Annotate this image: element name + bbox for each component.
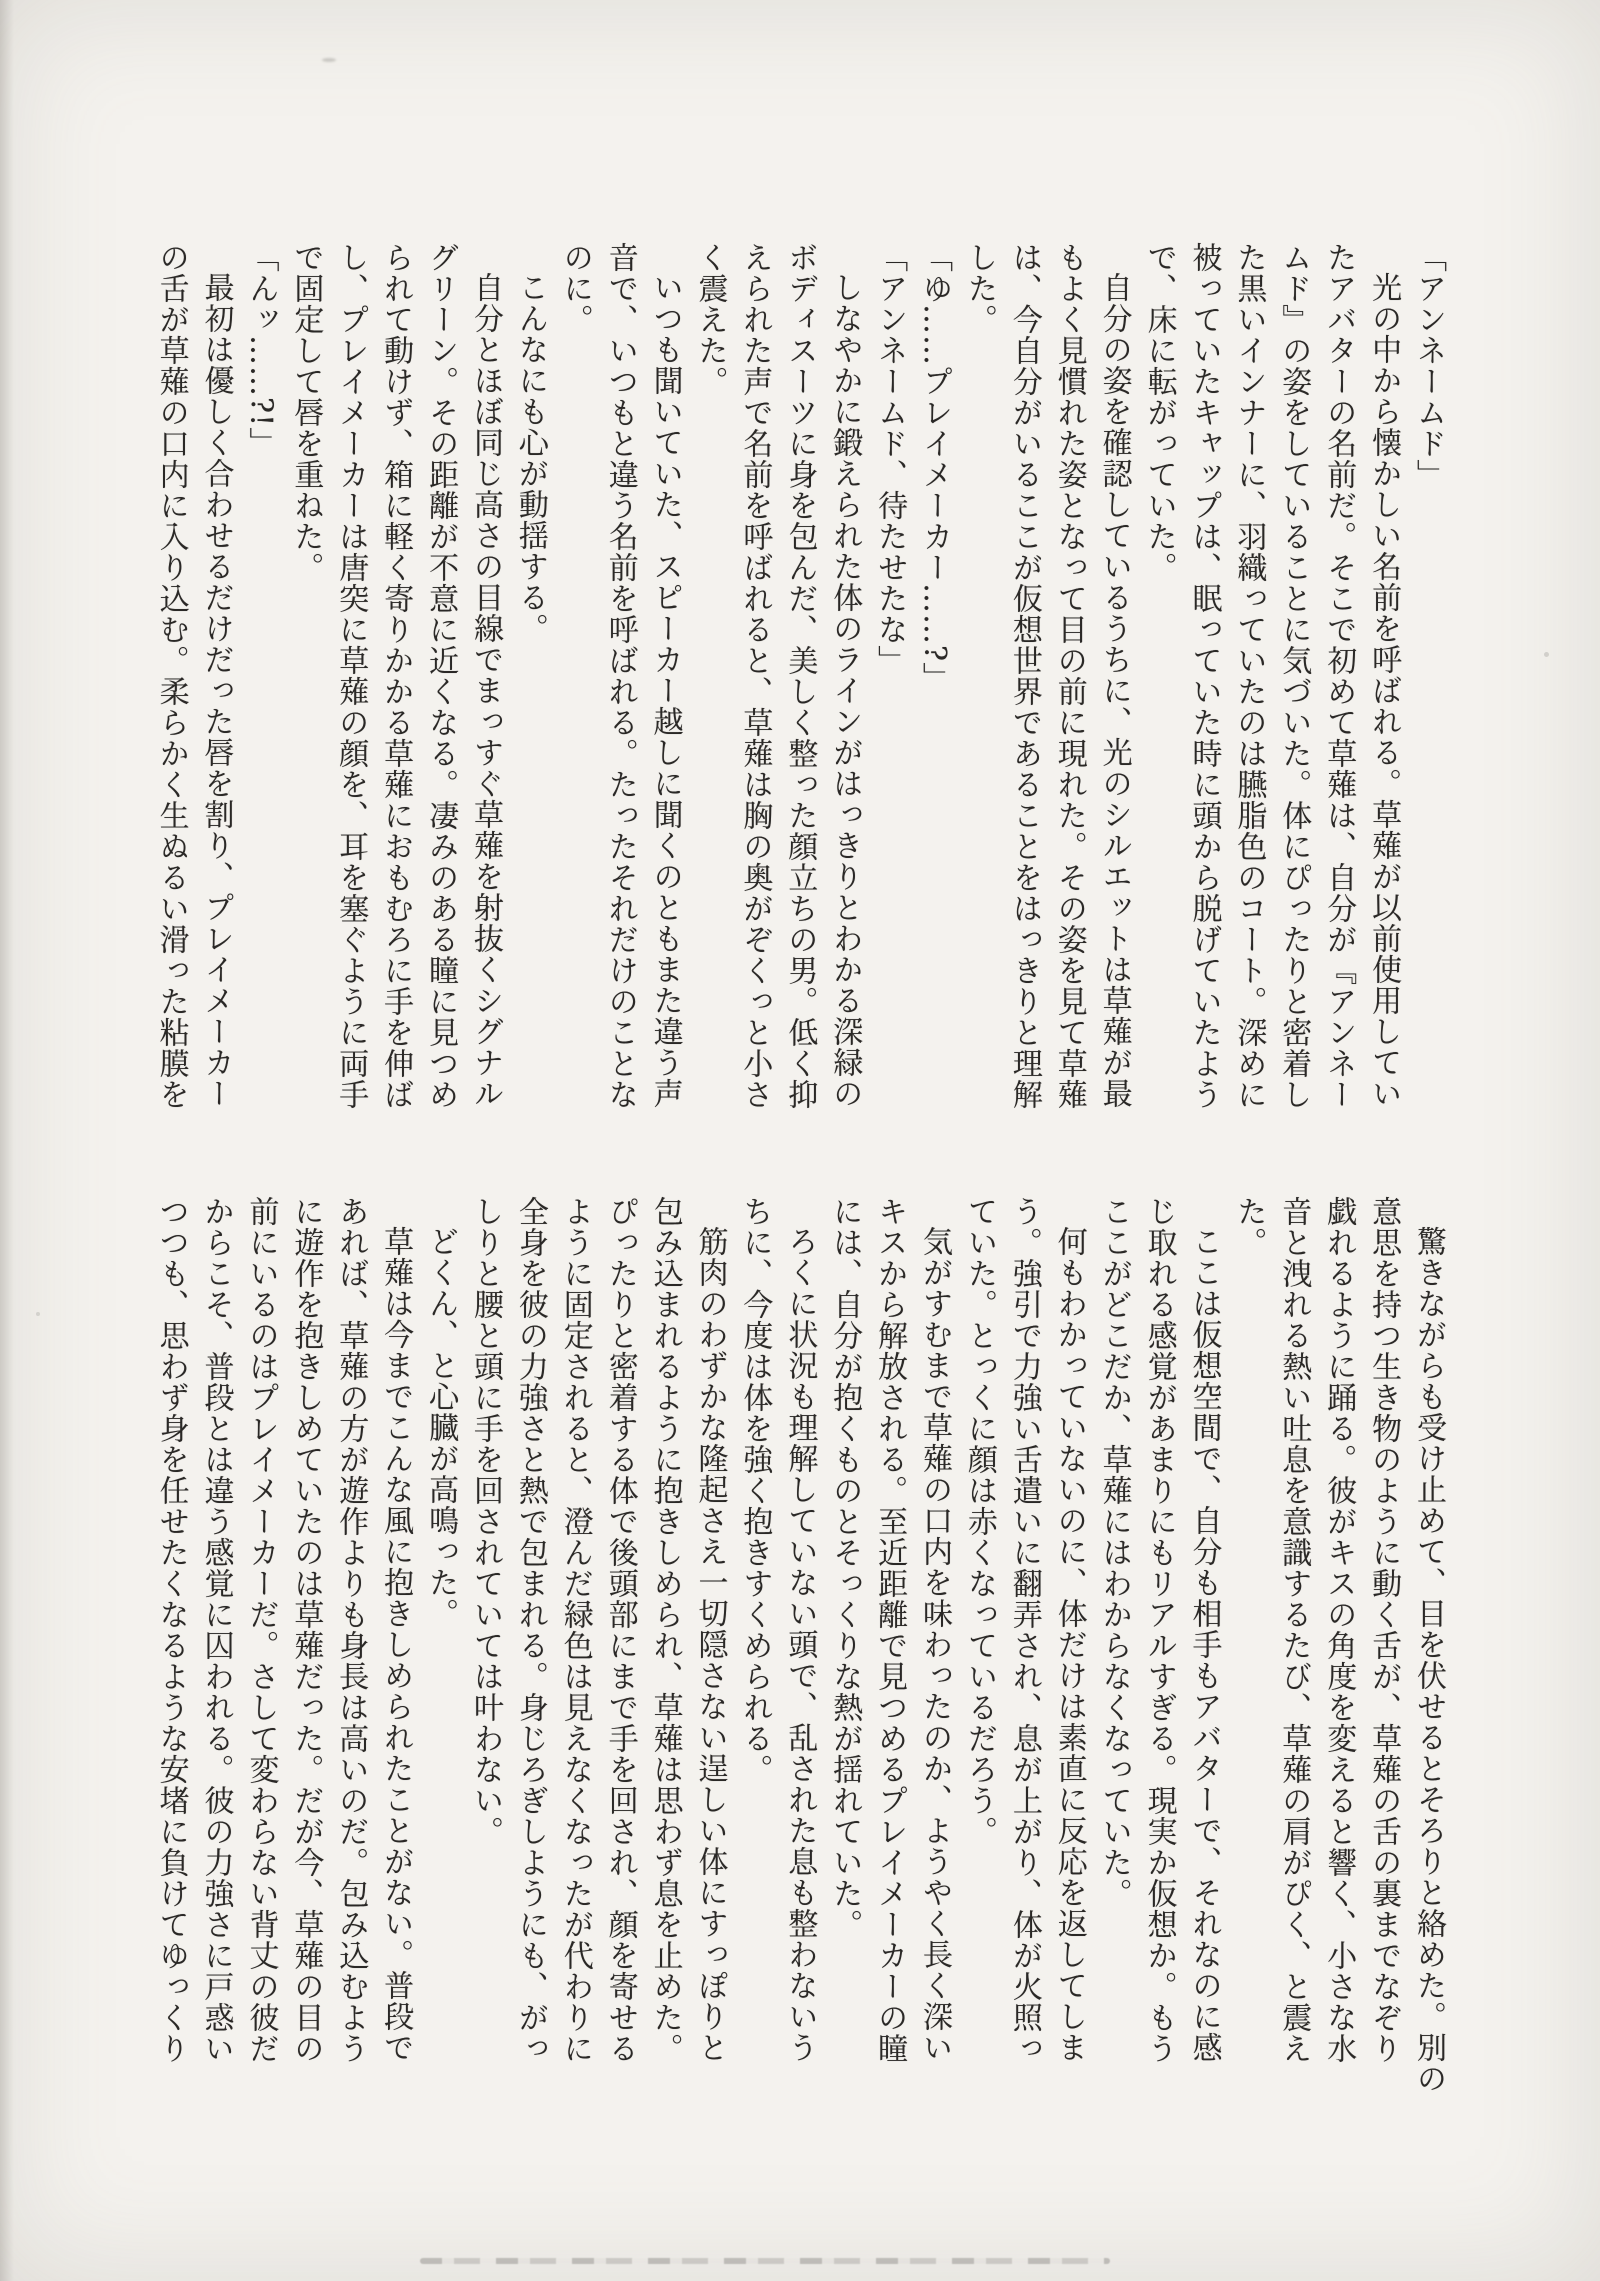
text-column: グリーン。その距離が不意に近くなる。凄みのある瞳に見つめ [417,242,462,1114]
text-column: 光の中から懐かしい名前を呼ばれる。草薙が以前使用してい [1360,242,1405,1114]
text-column: 「んッ……?!」 [238,242,283,1114]
text-column: 包み込まれるように抱きしめられ、草薙は思わず息を止めた。 [642,1196,687,2068]
text-column: しりと腰と頭に手を回されていては叶わない。 [462,1196,507,2068]
text-column: 「アンネームド、待たせたな」 [866,242,911,1114]
text-column: ていた。とっくに顔は赤くなっているだろう。 [956,1196,1001,2068]
text-column: 被っていたキャップは、眠っていた時に頭から脱げていたよう [1181,242,1226,1114]
scan-speck [322,58,336,62]
text-column: 全身を彼の力強さと熱で包まれる。身じろぎしようにも、がっ [507,1196,552,2068]
text-block-top: 「アンネームド」光の中から懐かしい名前を呼ばれる。草薙が以前使用していたアバター… [148,242,1450,1114]
text-column: 「アンネームド」 [1405,242,1450,1114]
text-column: ぴったりと密着する体で後頭部にまで手を回され、顔を寄せる [597,1196,642,2068]
text-column: つつも、思わず身を任せたくなるような安堵に負けてゆっくり [148,1196,193,2068]
text-block-bottom: 驚きながらも受け止めて、目を伏せるとそろりと絡めた。別の意思を持つ生き物のように… [148,1196,1450,2068]
scan-speck [36,1312,40,1316]
text-column: した。 [956,242,1001,1114]
text-column: た黒いインナーに、羽織っていたのは臙脂色のコート。深めに [1225,242,1270,1114]
text-column: じ取れる感覚があまりにもリアルすぎる。現実か仮想か。もう [1136,1196,1181,2068]
text-column: う。強引で力強い舌遣いに翻弄され、息が上がり、体が火照っ [1001,1196,1046,2068]
paper-edge-shadow [0,0,14,2281]
text-column: には、自分が抱くものとそっくりな熱が揺れていた。 [821,1196,866,2068]
text-column: 最初は優しく合わせるだけだった唇を割り、プレイメーカー [193,242,238,1114]
text-column: で、床に転がっていた。 [1136,242,1181,1114]
text-column: く震えた。 [687,242,732,1114]
text-column: あれば、草薙の方が遊作よりも身長は高いのだ。包み込むよう [327,1196,372,2068]
text-column: で固定して唇を重ねた。 [282,242,327,1114]
text-column: たアバターの名前だ。そこで初めて草薙は、自分が『アンネー [1315,242,1360,1114]
text-column: ボディスーツに身を包んだ、美しく整った顔立ちの男。低く抑 [776,242,821,1114]
print-smudge-artifact [420,2258,1110,2264]
text-column: 自分とほぼ同じ高さの目線でまっすぐ草薙を射抜くシグナル [462,242,507,1114]
text-column: た。 [1225,1196,1270,2068]
text-column: 草薙は今までこんな風に抱きしめられたことがない。普段で [372,1196,417,2068]
text-column: に遊作を抱きしめていたのは草薙だった。だが今、草薙の目の [282,1196,327,2068]
text-column: ろくに状況も理解していない頭で、乱された息も整わないう [776,1196,821,2068]
text-column: ここがどこだか、草薙にはわからなくなっていた。 [1091,1196,1136,2068]
text-column: は、今自分がいるここが仮想世界であることをはっきりと理解 [1001,242,1046,1114]
text-column: ここは仮想空間で、自分も相手もアバターで、それなのに感 [1181,1196,1226,2068]
text-column: 自分の姿を確認しているうちに、光のシルエットは草薙が最 [1091,242,1136,1114]
text-column: 気がすむまで草薙の口内を味わったのか、ようやく長く深い [911,1196,956,2068]
text-column: 何もわかっていないのに、体だけは素直に反応を返してしま [1046,1196,1091,2068]
text-column: からこそ、普段とは違う感覚に囚われる。彼の力強さに戸惑い [193,1196,238,2068]
text-column: ムド』の姿をしていることに気づいた。体にぴったりと密着し [1270,242,1315,1114]
text-column: ちに、今度は体を強く抱きすくめられる。 [732,1196,777,2068]
text-column: られて動けず、箱に軽く寄りかかる草薙におもむろに手を伸ば [372,242,417,1114]
text-column: もよく見慣れた姿となって目の前に現れた。その姿を見て草薙 [1046,242,1091,1114]
text-column: ように固定されると、澄んだ緑色は見えなくなったが代わりに [552,1196,597,2068]
text-column: のに。 [552,242,597,1114]
text-column: いつも聞いていた、スピーカー越しに聞くのともまた違う声 [642,242,687,1114]
text-column: 戯れるように踊る。彼がキスの角度を変えると響く、小さな水 [1315,1196,1360,2068]
text-column: えられた声で名前を呼ばれると、草薙は胸の奥がぞくっと小さ [732,242,777,1114]
text-column: し、プレイメーカーは唐突に草薙の顔を、耳を塞ぐように両手 [327,242,372,1114]
text-column: 意思を持つ生き物のように動く舌が、草薙の舌の裏までなぞり [1360,1196,1405,2068]
text-column: 筋肉のわずかな隆起さえ一切隠さない逞しい体にすっぽりと [687,1196,732,2068]
text-column: キスから解放される。至近距離で見つめるプレイメーカーの瞳 [866,1196,911,2068]
text-column: こんなにも心が動揺する。 [507,242,552,1114]
text-column: しなやかに鍛えられた体のラインがはっきりとわかる深緑の [821,242,866,1114]
text-column: どくん、と心臓が高鳴った。 [417,1196,462,2068]
text-column: 音で、いつもと違う名前を呼ばれる。たったそれだけのことな [597,242,642,1114]
text-column: 前にいるのはプレイメーカーだ。さして変わらない背丈の彼だ [238,1196,283,2068]
text-column: 驚きながらも受け止めて、目を伏せるとそろりと絡めた。別の [1405,1196,1450,2068]
text-column: の舌が草薙の口内に入り込む。柔らかく生ぬるい滑った粘膜を [148,242,193,1114]
text-column: 音と洩れる熱い吐息を意識するたび、草薙の肩がぴく、と震え [1270,1196,1315,2068]
scan-speck [1544,652,1549,657]
scanned-novel-page: 「アンネームド」光の中から懐かしい名前を呼ばれる。草薙が以前使用していたアバター… [0,0,1600,2281]
text-column: 「ゆ……プレイメーカー……?」 [911,242,956,1114]
